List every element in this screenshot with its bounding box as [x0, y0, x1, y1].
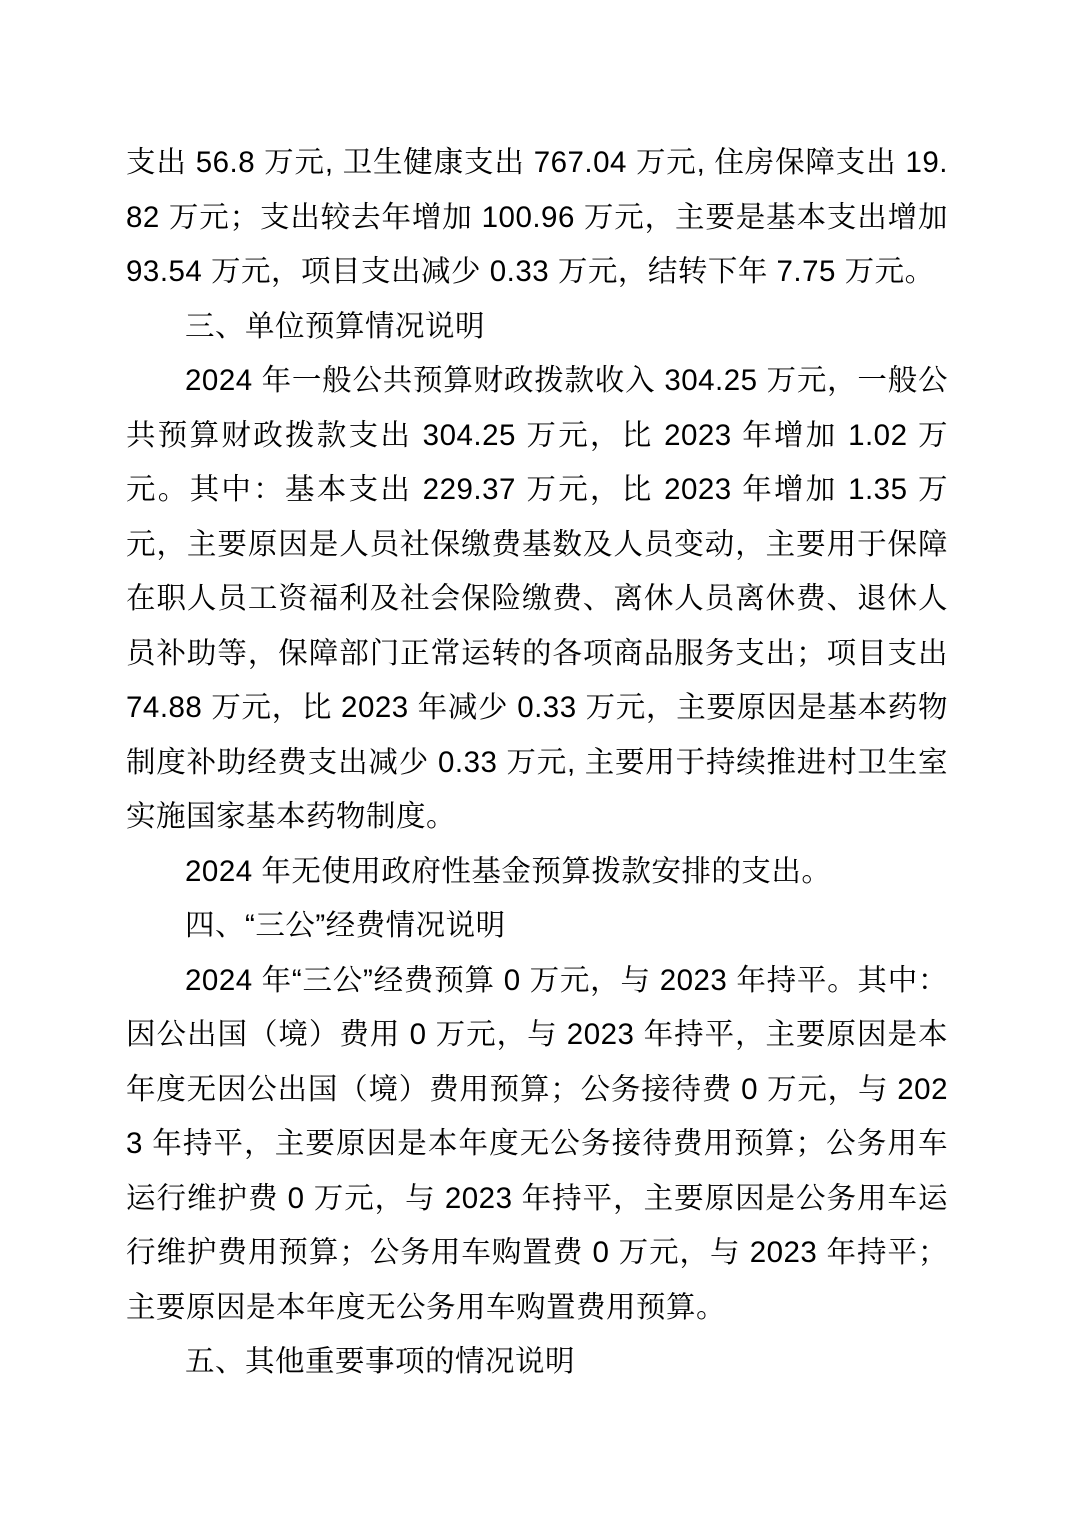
paragraph-general-public-budget-detail: 2024 年一般公共预算财政拨款收入 304.25 万元，一般公共预算财政拨款支…: [126, 354, 948, 845]
document-body-text: 支出 56.8 万元, 卫生健康支出 767.04 万元, 住房保障支出 19.…: [126, 136, 948, 1390]
document-page: 支出 56.8 万元, 卫生健康支出 767.04 万元, 住房保障支出 19.…: [0, 0, 1074, 1520]
paragraph-government-fund-statement: 2024 年无使用政府性基金预算拨款安排的支出。: [126, 845, 948, 900]
heading-section-5-other-important-matters: 五、其他重要事项的情况说明: [126, 1335, 948, 1390]
paragraph-three-public-expenses-detail: 2024 年“三公”经费预算 0 万元，与 2023 年持平。其中：因公出国（境…: [126, 954, 948, 1336]
paragraph-expenditure-continuation: 支出 56.8 万元, 卫生健康支出 767.04 万元, 住房保障支出 19.…: [126, 136, 948, 300]
heading-section-3-unit-budget: 三、单位预算情况说明: [126, 300, 948, 355]
heading-section-4-three-public-expenses: 四、“三公”经费情况说明: [126, 899, 948, 954]
